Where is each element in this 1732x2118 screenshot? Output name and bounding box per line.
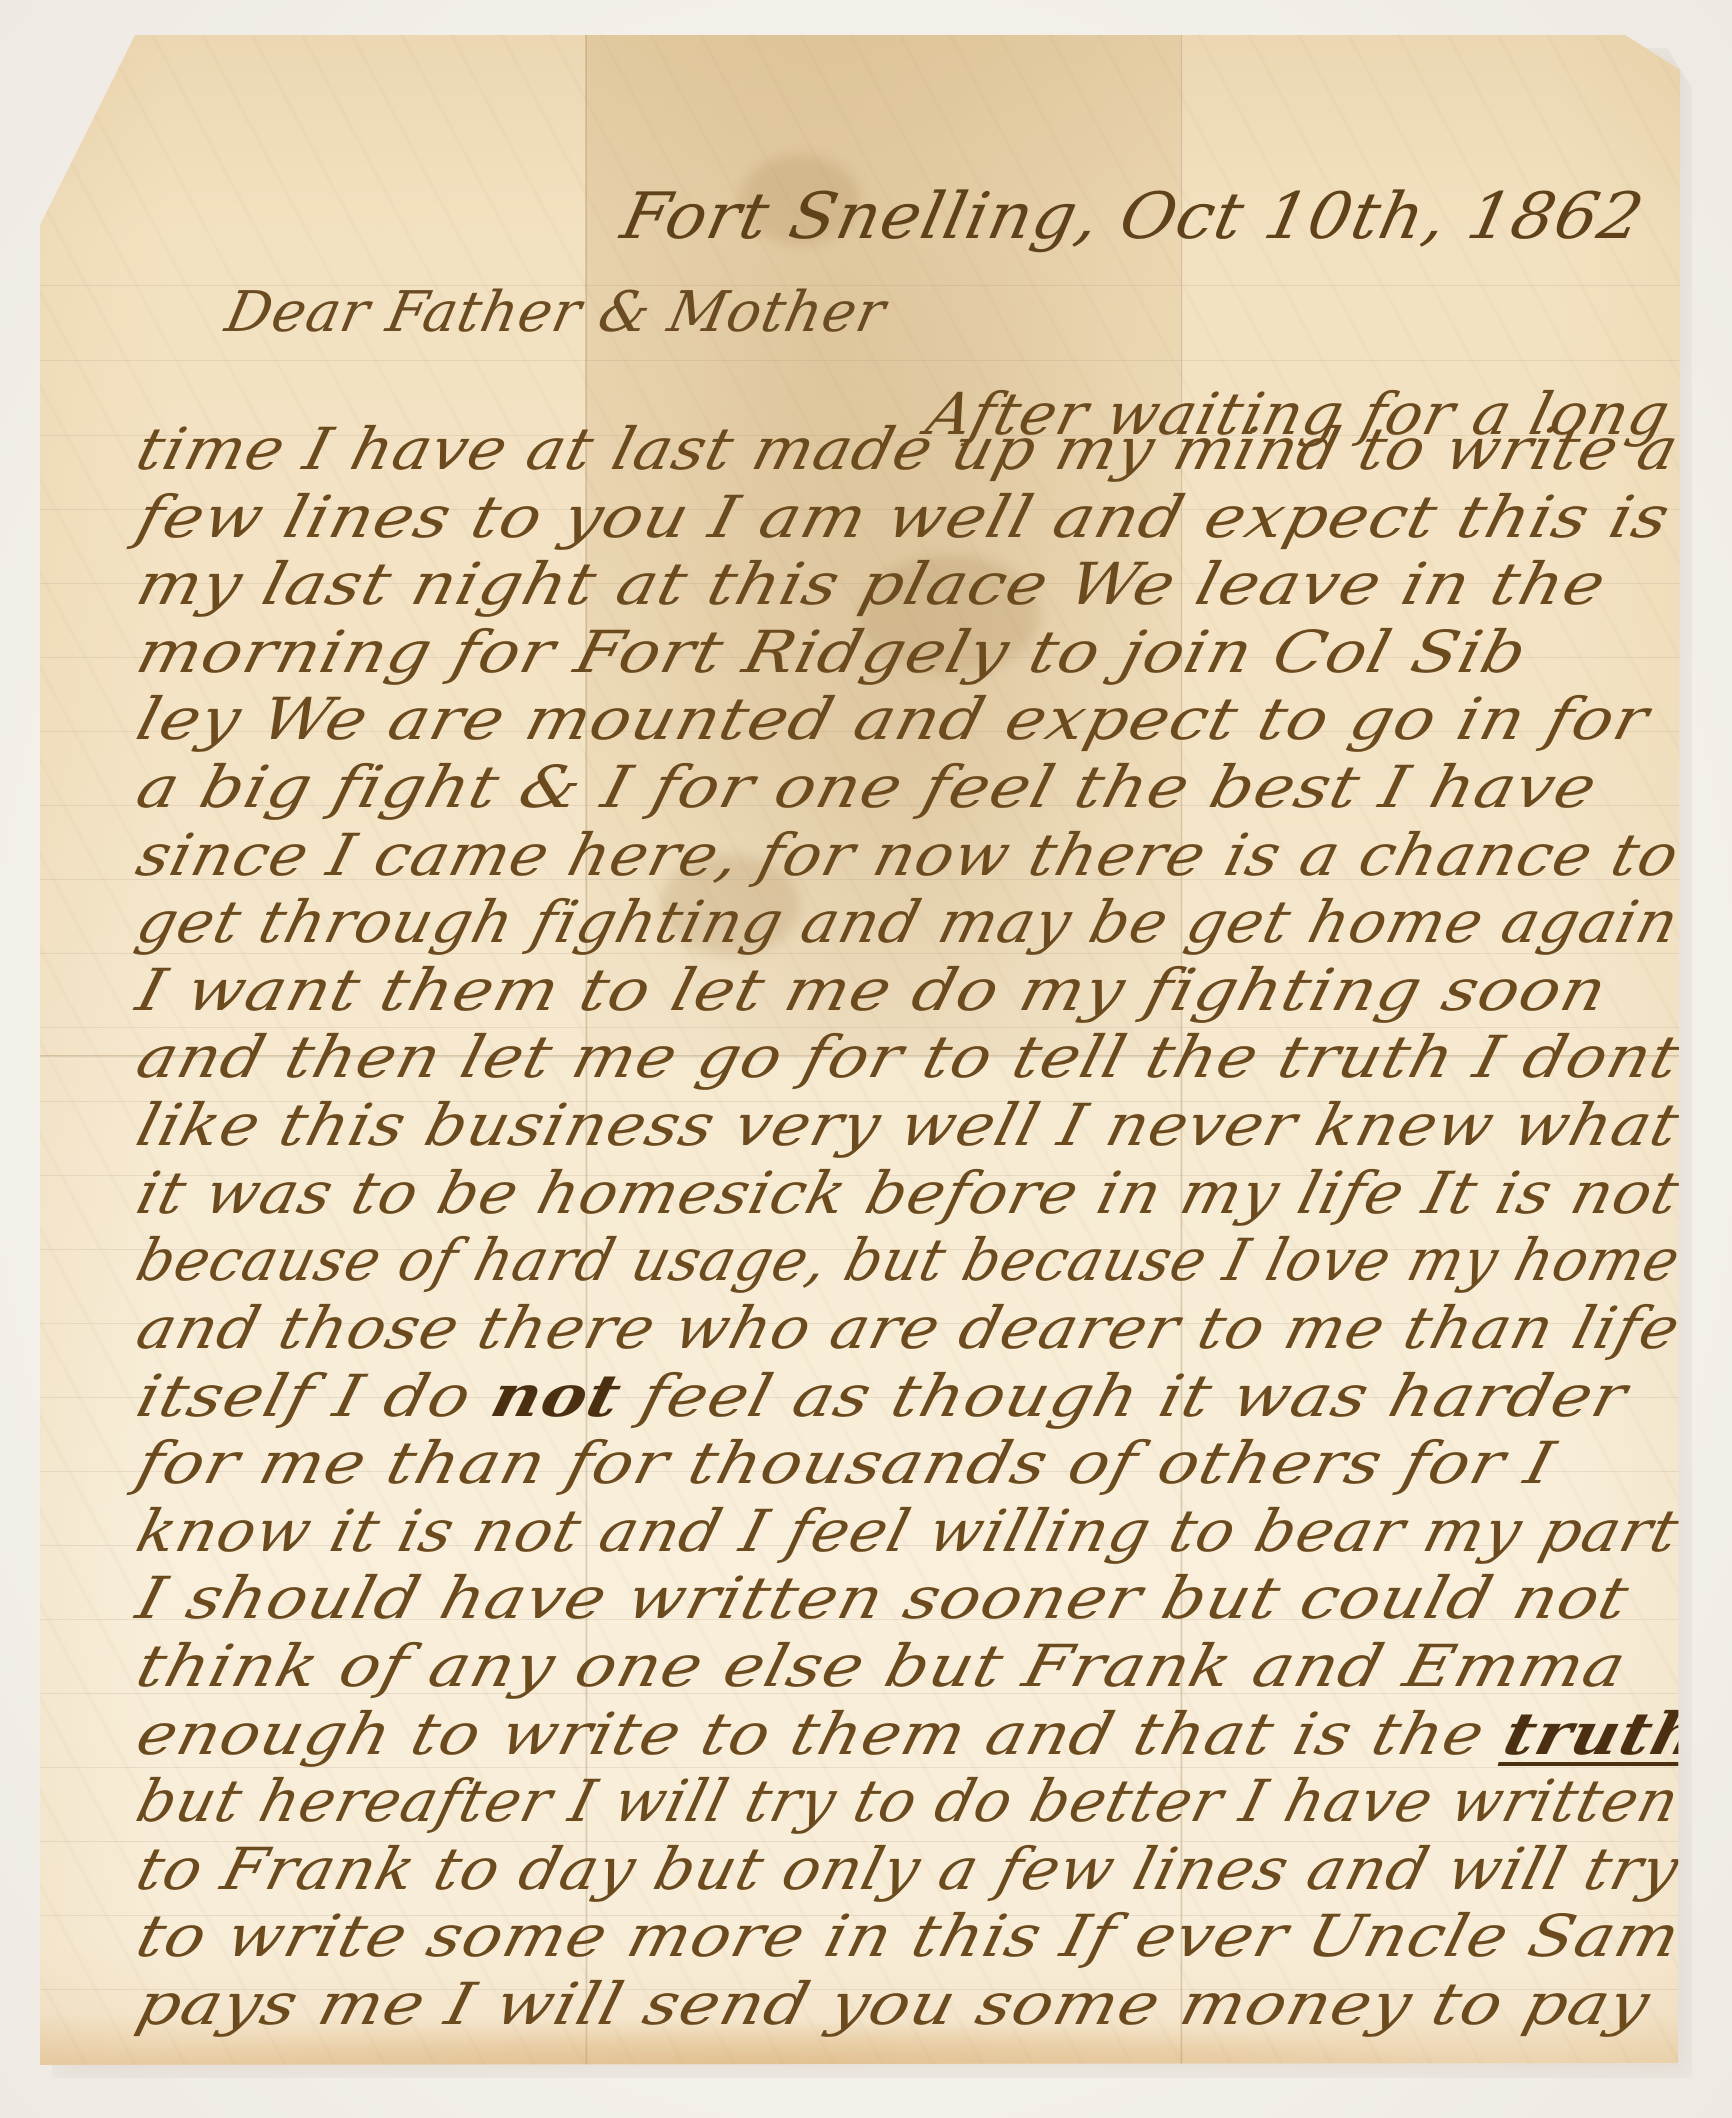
emphasized-word: not	[484, 1362, 628, 1430]
letter-line: get through fighting and may be get home…	[130, 888, 1680, 956]
document-view: Fort Snelling, Oct 10th, 1862 Dear Fathe…	[0, 0, 1732, 2118]
letter-line: I want them to let me do my fighting soo…	[130, 956, 1614, 1024]
letter-line: to write some more in this If ever Uncle…	[130, 1902, 1680, 1970]
letter-line: but hereafter I will try to do better I …	[130, 1767, 1680, 1835]
letter-line: since I came here, for now there is a ch…	[130, 821, 1680, 889]
letter-line: my last night at this place We leave in …	[130, 550, 1613, 618]
letter-line: ley We are mounted and expect to go in f…	[130, 685, 1656, 753]
ruled-line	[40, 360, 1680, 361]
letter-line: a big fight & I for one feel the best I …	[130, 753, 1604, 821]
underlined-word: truth	[1497, 1700, 1680, 1768]
letter-line: enough to write to them and that is the …	[130, 1700, 1680, 1768]
letter-line: itself I do not feel as though it was ha…	[130, 1362, 1635, 1430]
letter-salutation: Dear Father & Mother	[220, 280, 892, 345]
letter-line: morning for Fort Ridgely to join Col Sib	[130, 618, 1535, 686]
letter-line: pays me I will send you some money to pa…	[130, 1970, 1657, 2038]
letter-line: to Frank to day but only a few lines and…	[130, 1835, 1680, 1903]
letter-line: and those there who are dearer to me tha…	[130, 1294, 1680, 1362]
letter-line: and then let me go for to tell the truth…	[130, 1023, 1680, 1091]
letter-line: know it is not and I feel willing to bea…	[130, 1497, 1680, 1565]
letter-line: few lines to you I am well and expect th…	[130, 483, 1677, 551]
letter-page: Fort Snelling, Oct 10th, 1862 Dear Fathe…	[40, 35, 1680, 2065]
letter-line: because of hard usage, but because I lov…	[130, 1226, 1680, 1294]
letter-line: like this business very well I never kne…	[130, 1091, 1680, 1159]
letter-line: think of any one else but Frank and Emma	[130, 1632, 1634, 1700]
letter-heading: Fort Snelling, Oct 10th, 1862	[615, 180, 1650, 254]
letter-line: for me than for thousands of others for …	[130, 1429, 1563, 1497]
letter-line: it was to be homesick before in my life …	[130, 1159, 1680, 1227]
letter-line: time I have at last made up my mind to w…	[130, 415, 1680, 483]
letter-line: I should have written sooner but could n…	[130, 1564, 1636, 1632]
